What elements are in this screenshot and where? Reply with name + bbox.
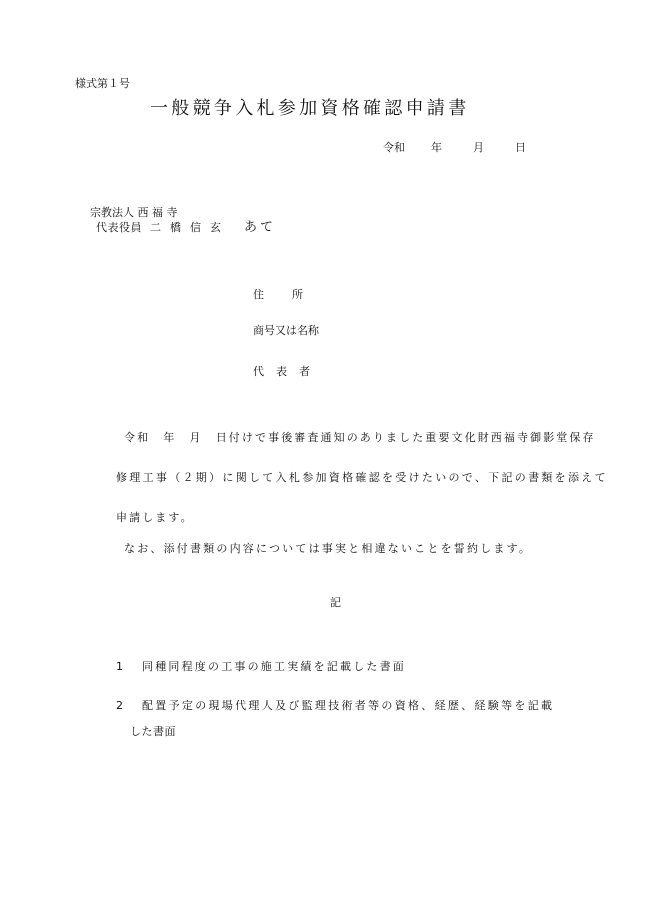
body-paragraph2: なお、添付書類の内容については事実と相違ないことを誓約します。 [124,543,532,554]
addressee-organization: 宗教法人 西 福 寺 [90,207,178,218]
applicant-company-label: 商号又は名称 [253,325,319,336]
list-item: 2配置予定の現場代理人及び監理技術者等の資格、経歴、経験等を記載 [116,700,554,711]
list-item-text: 同種同程度の工事の施工実績を記載した書面 [142,660,406,673]
list-item-continuation: した書面 [130,726,176,737]
list-item-text: 配置予定の現場代理人及び監理技術者等の資格、経歴、経験等を記載 [142,699,554,712]
list-item-number: 2 [116,700,142,711]
body-paragraph1-line3: 申請します。 [116,512,194,523]
ki-heading: 記 [330,597,341,608]
form-number: 様式第１号 [75,78,130,89]
date-day-label: 日 [515,142,526,153]
date-year-label: 年 [431,142,473,153]
date-line: 令和年月日 [383,142,526,153]
date-month-label: 月 [473,142,515,153]
list-item: 1同種同程度の工事の施工実績を記載した書面 [116,661,406,672]
addressee-rep-title: 代表役員 [96,221,142,234]
body-paragraph1-line1: 令和 年 月 日付けで事後審査通知のありました重要文化財西福寺御影堂保存 [124,432,596,443]
addressee-representative: 代表役員二橋信玄あて [96,221,276,234]
applicant-representative-label: 代表者 [253,366,322,377]
list-item-number: 1 [116,661,142,672]
date-era: 令和 [383,142,431,153]
addressee-honorific: あて [244,220,276,235]
body-paragraph1-line2: 修理工事（２期）に関して入札参加資格確認を受けたいので、下記の書類を添えて [116,472,608,483]
addressee-rep-name: 二橋信玄 [150,221,230,234]
applicant-address-label: 住所 [253,289,331,300]
document-title: 一般競争入札参加資格確認申請書 [150,100,470,118]
